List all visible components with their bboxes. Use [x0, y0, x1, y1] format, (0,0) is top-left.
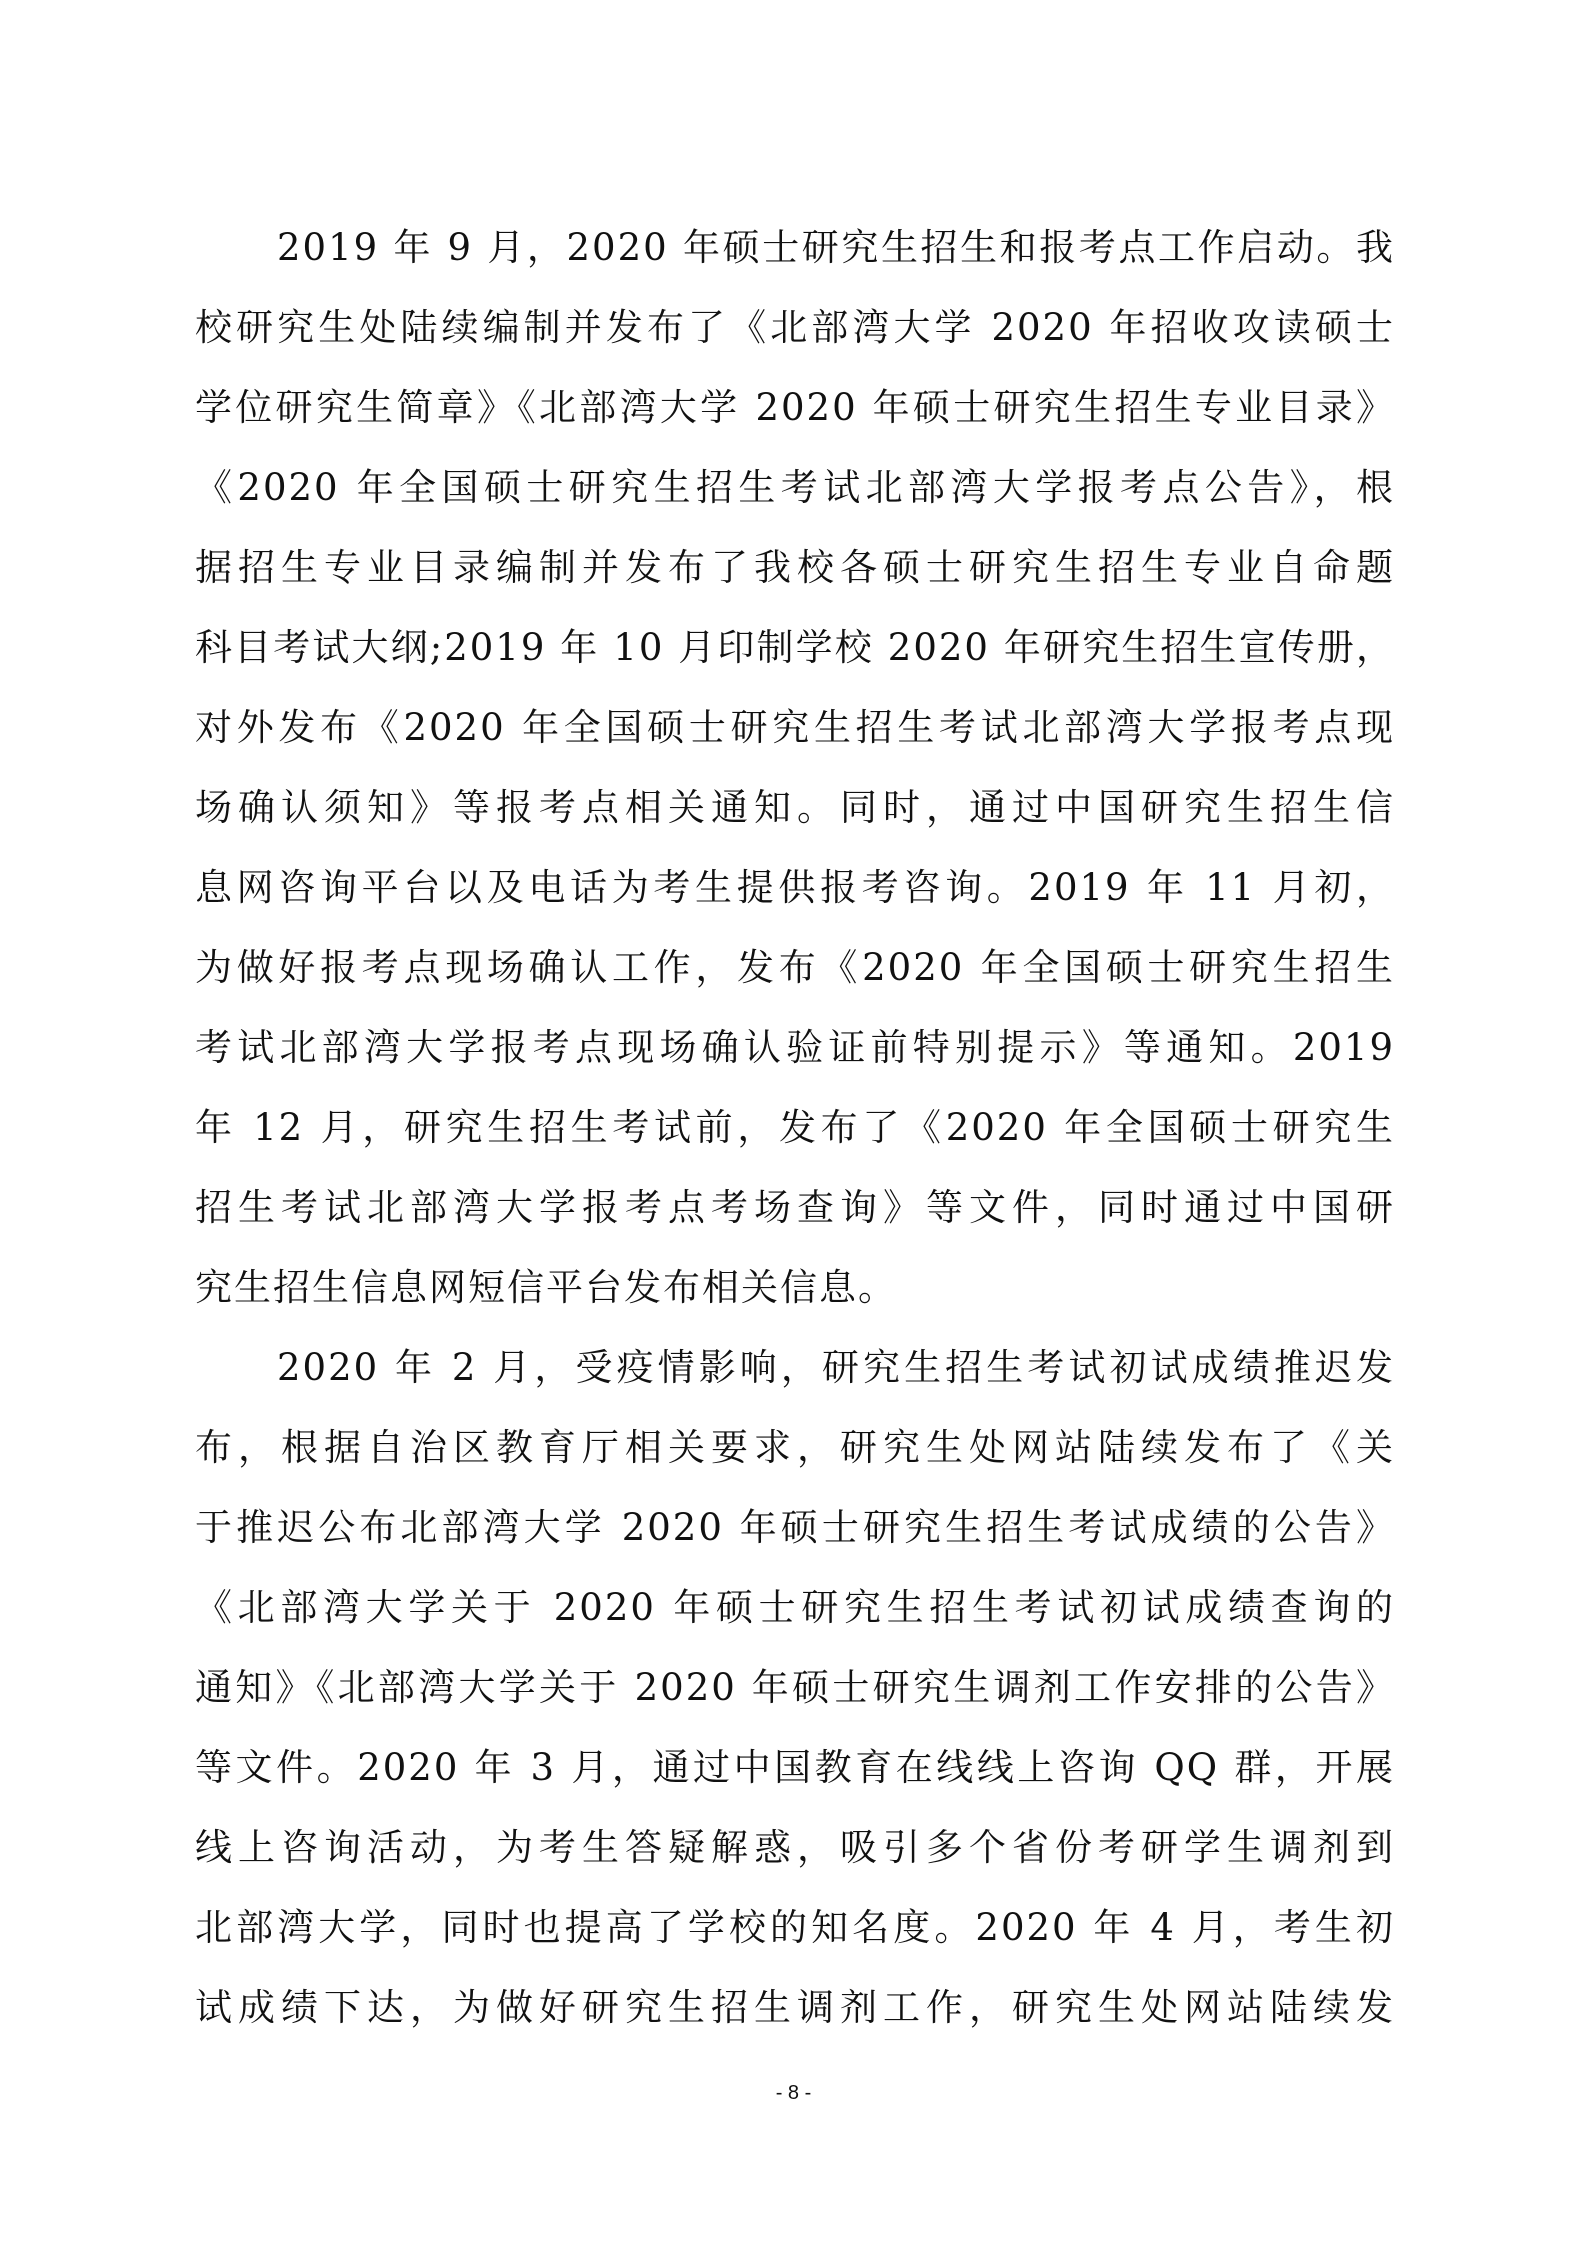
- text-line: 通知》《北部湾大学关于 2020 年硕士研究生调剂工作安排的公告》: [195, 1648, 1395, 1728]
- text-line: 对外发布《2020 年全国硕士研究生招生考试北部湾大学报考点现: [195, 688, 1395, 768]
- text-line: 北部湾大学，同时也提高了学校的知名度。2020 年 4 月，考生初: [195, 1888, 1395, 1968]
- paragraph-2: 2020 年 2 月，受疫情影响，研究生招生考试初试成绩推迟发 布，根据自治区教…: [195, 1328, 1395, 2048]
- text-line: 2019 年 9 月，2020 年硕士研究生招生和报考点工作启动。我: [195, 208, 1395, 288]
- page-number: - 8 -: [0, 2082, 1587, 2105]
- document-page: 2019 年 9 月，2020 年硕士研究生招生和报考点工作启动。我 校研究生处…: [0, 0, 1587, 2245]
- text-line: 于推迟公布北部湾大学 2020 年硕士研究生招生考试成绩的公告》: [195, 1488, 1395, 1568]
- text-line: 《2020 年全国硕士研究生招生考试北部湾大学报考点公告》，根: [195, 448, 1395, 528]
- text-line: 科目考试大纲;2019 年 10 月印制学校 2020 年研究生招生宣传册，: [195, 608, 1395, 688]
- text-line: 究生招生信息网短信平台发布相关信息。: [195, 1248, 1395, 1328]
- text-line: 等文件。2020 年 3 月，通过中国教育在线线上咨询 QQ 群，开展: [195, 1728, 1395, 1808]
- text-line: 场确认须知》等报考点相关通知。同时，通过中国研究生招生信: [195, 768, 1395, 848]
- text-line: 招生考试北部湾大学报考点考场查询》等文件，同时通过中国研: [195, 1168, 1395, 1248]
- text-line: 考试北部湾大学报考点现场确认验证前特别提示》等通知。2019: [195, 1008, 1395, 1088]
- text-line: 试成绩下达，为做好研究生招生调剂工作，研究生处网站陆续发: [195, 1968, 1395, 2048]
- text-line: 年 12 月，研究生招生考试前，发布了《2020 年全国硕士研究生: [195, 1088, 1395, 1168]
- body-text: 2019 年 9 月，2020 年硕士研究生招生和报考点工作启动。我 校研究生处…: [195, 208, 1395, 2048]
- text-line: 2020 年 2 月，受疫情影响，研究生招生考试初试成绩推迟发: [195, 1328, 1395, 1408]
- text-line: 线上咨询活动，为考生答疑解惑，吸引多个省份考研学生调剂到: [195, 1808, 1395, 1888]
- text-line: 布，根据自治区教育厅相关要求，研究生处网站陆续发布了《关: [195, 1408, 1395, 1488]
- text-line: 校研究生处陆续编制并发布了《北部湾大学 2020 年招收攻读硕士: [195, 288, 1395, 368]
- text-line: 息网咨询平台以及电话为考生提供报考咨询。2019 年 11 月初，: [195, 848, 1395, 928]
- text-line: 据招生专业目录编制并发布了我校各硕士研究生招生专业自命题: [195, 528, 1395, 608]
- paragraph-1: 2019 年 9 月，2020 年硕士研究生招生和报考点工作启动。我 校研究生处…: [195, 208, 1395, 1328]
- text-line: 《北部湾大学关于 2020 年硕士研究生招生考试初试成绩查询的: [195, 1568, 1395, 1648]
- text-line: 为做好报考点现场确认工作，发布《2020 年全国硕士研究生招生: [195, 928, 1395, 1008]
- text-line: 学位研究生简章》《北部湾大学 2020 年硕士研究生招生专业目录》: [195, 368, 1395, 448]
